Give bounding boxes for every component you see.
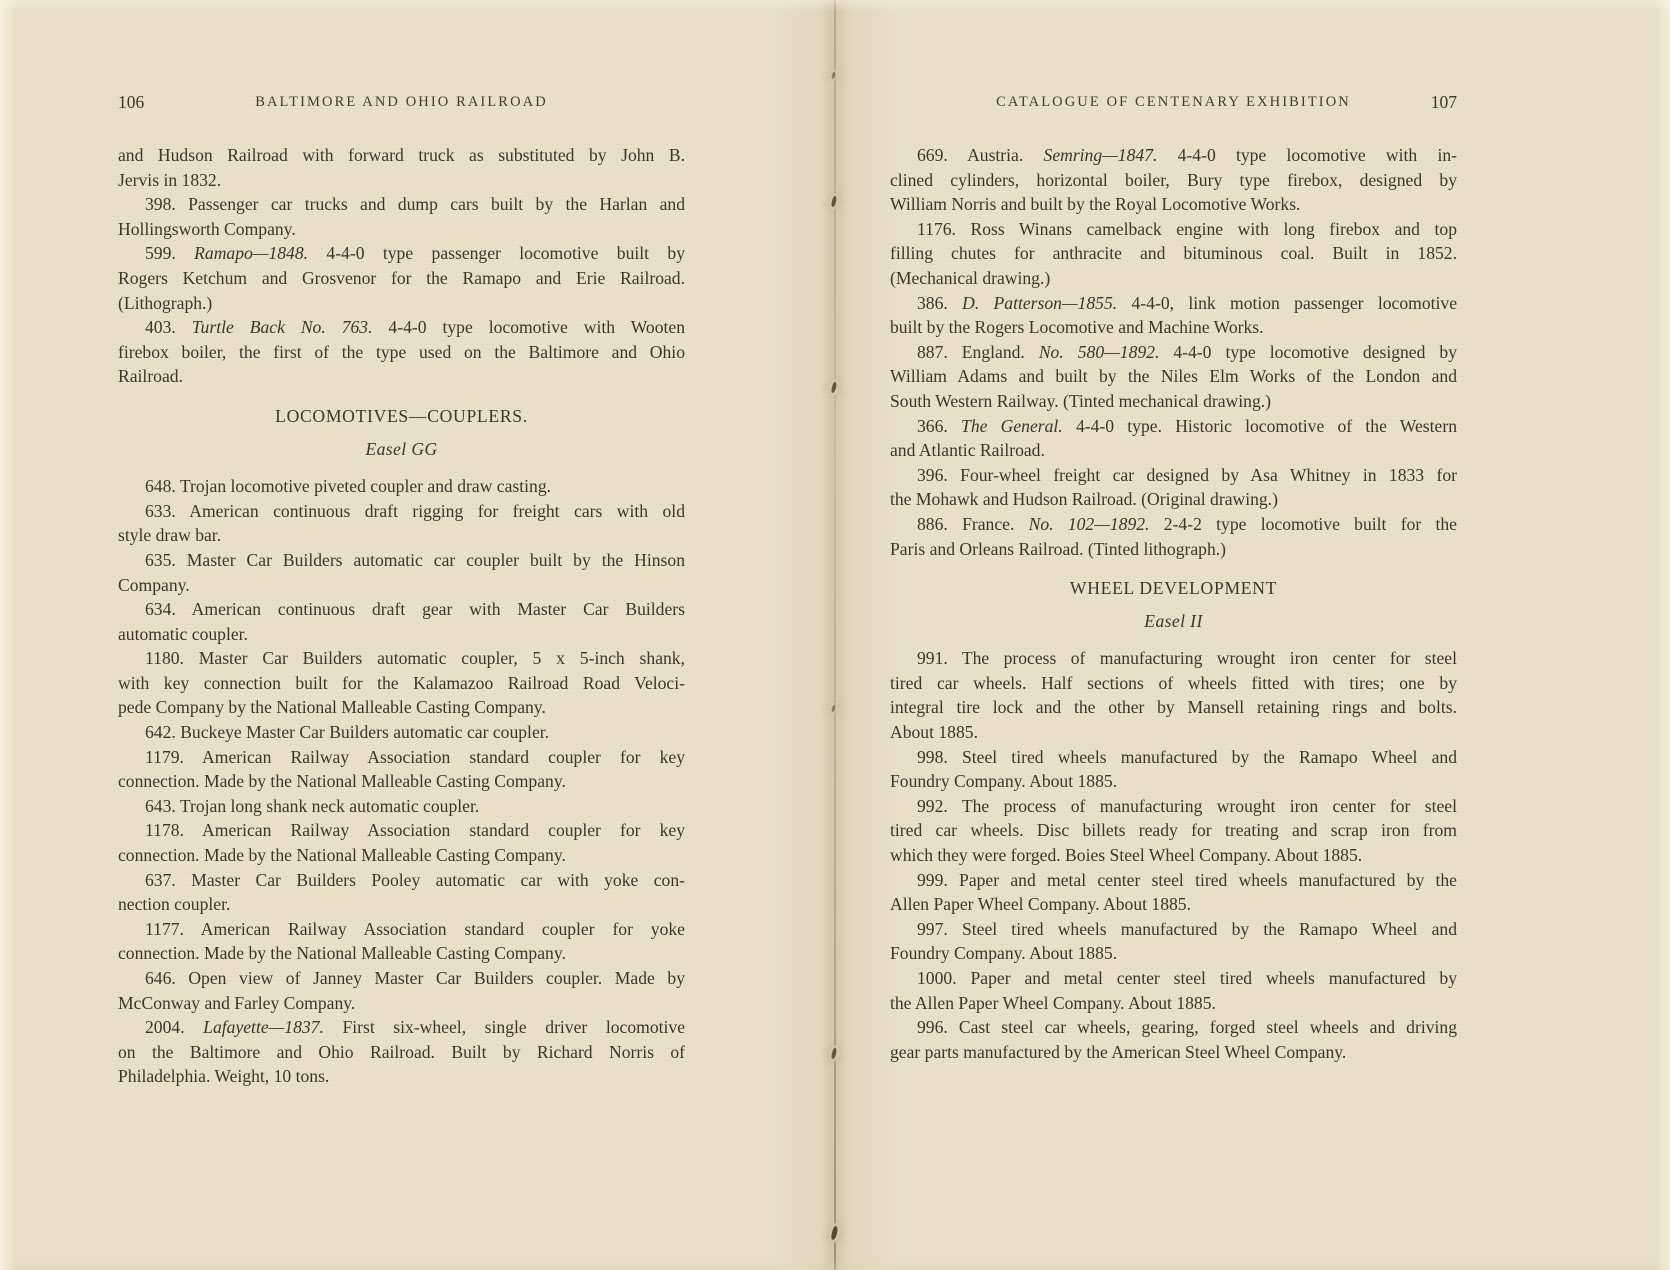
text-segment: 633. American continuous draft rigging f… — [145, 501, 685, 521]
text-segment: Company. — [118, 575, 190, 595]
text-segment: tired car wheels. Disc billets ready for… — [890, 820, 1457, 840]
text-segment: and Atlantic Railroad. — [890, 440, 1045, 460]
text-segment: Paris and Orleans Railroad. (Tinted lith… — [890, 539, 1226, 559]
text-line: Jervis in 1832. — [118, 168, 685, 193]
exhibit-title-italic: The General. — [961, 416, 1063, 436]
text-line: tired car wheels. Disc billets ready for… — [890, 818, 1457, 843]
catalog-entry: 1176. Ross Winans camelback engine with … — [890, 217, 1457, 291]
exhibit-title-italic: Semring—1847. — [1044, 145, 1158, 165]
catalog-entry: and Hudson Railroad with forward truck a… — [118, 143, 685, 192]
text-segment: Rogers Ketchum and Grosvenor for the Ram… — [118, 268, 685, 288]
text-line: 403. Turtle Back No. 763. 4-4-0 type loc… — [118, 315, 685, 340]
catalog-entry: 1179. American Railway Association stand… — [118, 745, 685, 794]
text-segment: 998. Steel tired wheels manufactured by … — [917, 747, 1457, 767]
text-line: (Lithograph.) — [118, 291, 685, 316]
text-line: 386. D. Patterson—1855. 4-4-0, link moti… — [890, 291, 1457, 316]
text-line: 1177. American Railway Association stand… — [118, 917, 685, 942]
catalog-entry: 2004. Lafayette—1837. First six-wheel, s… — [118, 1015, 685, 1089]
text-segment: 648. Trojan locomotive piveted coupler a… — [145, 476, 551, 496]
text-segment: 4-4-0 type locomotive designed by — [1159, 342, 1457, 362]
text-line: 999. Paper and metal center steel tired … — [890, 868, 1457, 893]
text-segment: 2004. — [145, 1017, 203, 1037]
right-page-number: 107 — [1431, 92, 1457, 113]
text-segment: 386. — [917, 293, 962, 313]
text-line: 366. The General. 4-4-0 type. Historic l… — [890, 414, 1457, 439]
catalog-entry: 386. D. Patterson—1855. 4-4-0, link moti… — [890, 291, 1457, 340]
text-segment: 887. England. — [917, 342, 1039, 362]
book-gutter-shadow — [770, 0, 900, 1270]
catalog-entry: 1177. American Railway Association stand… — [118, 917, 685, 966]
catalog-entry: 642. Buckeye Master Car Builders automat… — [118, 720, 685, 745]
left-page: 106 BALTIMORE AND OHIO RAILROAD and Huds… — [118, 92, 685, 1089]
text-segment: Foundry Company. About 1885. — [890, 943, 1117, 963]
text-segment: William Adams and built by the Niles Elm… — [890, 366, 1457, 386]
text-segment: pede Company by the National Malleable C… — [118, 697, 546, 717]
text-line: Company. — [118, 573, 685, 598]
text-segment: 643. Trojan long shank neck automatic co… — [145, 796, 479, 816]
text-line: gear parts manufactured by the American … — [890, 1040, 1457, 1065]
easel-subheading: Easel II — [890, 609, 1457, 634]
text-segment: 1179. American Railway Association stand… — [145, 747, 685, 767]
text-segment: McConway and Farley Company. — [118, 993, 355, 1013]
text-segment: the Allen Paper Wheel Company. About 188… — [890, 993, 1216, 1013]
text-segment: 2-4-2 type locomotive built for the — [1149, 514, 1457, 534]
text-line: 642. Buckeye Master Car Builders automat… — [118, 720, 685, 745]
text-segment: integral tire lock and the other by Mans… — [890, 697, 1457, 717]
text-line: Philadelphia. Weight, 10 tons. — [118, 1064, 685, 1089]
book-spread-scan: { "meta": { "paper_color": "#e9e0c7", "i… — [0, 0, 1670, 1270]
text-line: Foundry Company. About 1885. — [890, 941, 1457, 966]
text-segment: 4-4-0 type. Historic locomotive of the W… — [1063, 416, 1457, 436]
text-line: tired car wheels. Half sections of wheel… — [890, 671, 1457, 696]
text-line: automatic coupler. — [118, 622, 685, 647]
exhibit-title-italic: Ramapo—1848. — [194, 243, 308, 263]
text-segment: nection coupler. — [118, 894, 230, 914]
catalog-entry: 997. Steel tired wheels manufactured by … — [890, 917, 1457, 966]
text-line: William Norris and built by the Royal Lo… — [890, 192, 1457, 217]
text-line: 646. Open view of Janney Master Car Buil… — [118, 966, 685, 991]
text-line: 2004. Lafayette—1837. First six-wheel, s… — [118, 1015, 685, 1040]
text-line: 992. The process of manufacturing wrough… — [890, 794, 1457, 819]
text-line: Allen Paper Wheel Company. About 1885. — [890, 892, 1457, 917]
catalog-entry: 403. Turtle Back No. 763. 4-4-0 type loc… — [118, 315, 685, 389]
text-segment: 1176. Ross Winans camelback engine with … — [917, 219, 1457, 239]
text-line: 398. Passenger car trucks and dump cars … — [118, 192, 685, 217]
text-line: connection. Made by the National Malleab… — [118, 941, 685, 966]
catalog-entry: 599. Ramapo—1848. 4-4-0 type passenger l… — [118, 241, 685, 315]
text-line: which they were forged. Boies Steel Whee… — [890, 843, 1457, 868]
text-segment: on the Baltimore and Ohio Railroad. Buil… — [118, 1042, 685, 1062]
text-segment: filling chutes for anthracite and bitumi… — [890, 243, 1457, 263]
exhibit-title-italic: Lafayette—1837. — [203, 1017, 324, 1037]
exhibit-title-italic: D. Patterson—1855. — [962, 293, 1117, 313]
text-segment: gear parts manufactured by the American … — [890, 1042, 1346, 1062]
right-running-head: CATALOGUE OF CENTENARY EXHIBITION — [890, 94, 1457, 111]
text-segment: 1000. Paper and metal center steel tired… — [917, 968, 1457, 988]
text-line: 396. Four-wheel freight car designed by … — [890, 463, 1457, 488]
text-segment: William Norris and built by the Royal Lo… — [890, 194, 1300, 214]
text-line: South Western Railway. (Tinted mechanica… — [890, 389, 1457, 414]
text-segment: 4-4-0, link motion passenger locomotive — [1117, 293, 1457, 313]
spine-stitch — [830, 1226, 838, 1241]
text-segment: 992. The process of manufacturing wrough… — [917, 796, 1457, 816]
catalog-entry: 1000. Paper and metal center steel tired… — [890, 966, 1457, 1015]
text-segment: tired car wheels. Half sections of wheel… — [890, 673, 1457, 693]
catalog-entry: 637. Master Car Builders Pooley automati… — [118, 868, 685, 917]
text-line: 669. Austria. Semring—1847. 4-4-0 type l… — [890, 143, 1457, 168]
catalog-entry: 999. Paper and metal center steel tired … — [890, 868, 1457, 917]
text-line: 996. Cast steel car wheels, gearing, for… — [890, 1015, 1457, 1040]
spine-stitch — [831, 382, 838, 394]
text-segment: 599. — [145, 243, 194, 263]
text-line: 991. The process of manufacturing wrough… — [890, 646, 1457, 671]
text-segment: with key connection built for the Kalama… — [118, 673, 685, 693]
text-line: and Hudson Railroad with forward truck a… — [118, 143, 685, 168]
text-line: and Atlantic Railroad. — [890, 438, 1457, 463]
catalog-entry: 991. The process of manufacturing wrough… — [890, 646, 1457, 744]
text-segment: 999. Paper and metal center steel tired … — [917, 870, 1457, 890]
easel-subheading: Easel GG — [118, 437, 685, 462]
text-line: 1180. Master Car Builders automatic coup… — [118, 646, 685, 671]
text-segment: Hollingsworth Company. — [118, 219, 296, 239]
text-line: 635. Master Car Builders automatic car c… — [118, 548, 685, 573]
catalog-entry: 996. Cast steel car wheels, gearing, for… — [890, 1015, 1457, 1064]
left-running-head: BALTIMORE AND OHIO RAILROAD — [118, 94, 685, 111]
catalog-entry: 992. The process of manufacturing wrough… — [890, 794, 1457, 868]
right-page-header: CATALOGUE OF CENTENARY EXHIBITION 107 — [890, 92, 1457, 113]
catalog-entry: 887. England. No. 580—1892. 4-4-0 type l… — [890, 340, 1457, 414]
text-line: firebox boiler, the first of the type us… — [118, 340, 685, 365]
text-line: style draw bar. — [118, 523, 685, 548]
text-segment: 642. Buckeye Master Car Builders automat… — [145, 722, 549, 742]
text-line: the Allen Paper Wheel Company. About 188… — [890, 991, 1457, 1016]
text-line: 637. Master Car Builders Pooley automati… — [118, 868, 685, 893]
text-line: Foundry Company. About 1885. — [890, 769, 1457, 794]
catalog-entry: 366. The General. 4-4-0 type. Historic l… — [890, 414, 1457, 463]
text-segment: About 1885. — [890, 722, 978, 742]
text-segment: connection. Made by the National Malleab… — [118, 943, 566, 963]
text-segment: connection. Made by the National Malleab… — [118, 771, 566, 791]
text-line: pede Company by the National Malleable C… — [118, 695, 685, 720]
catalog-entry: 398. Passenger car trucks and dump cars … — [118, 192, 685, 241]
text-line: with key connection built for the Kalama… — [118, 671, 685, 696]
text-segment: 996. Cast steel car wheels, gearing, for… — [917, 1017, 1457, 1037]
text-segment: 1180. Master Car Builders automatic coup… — [145, 648, 685, 668]
text-segment: clined cylinders, horizontal boiler, Bur… — [890, 170, 1457, 190]
catalog-entry: 1180. Master Car Builders automatic coup… — [118, 646, 685, 720]
text-line: 997. Steel tired wheels manufactured by … — [890, 917, 1457, 942]
spine-stitch — [831, 1048, 838, 1060]
text-segment: 4-4-0 type passenger locomotive built by — [308, 243, 685, 263]
text-segment: 997. Steel tired wheels manufactured by … — [917, 919, 1457, 939]
text-segment: 646. Open view of Janney Master Car Buil… — [145, 968, 685, 988]
text-line: McConway and Farley Company. — [118, 991, 685, 1016]
catalog-entry: 1178. American Railway Association stand… — [118, 818, 685, 867]
text-segment: 669. Austria. — [917, 145, 1044, 165]
left-page-header: 106 BALTIMORE AND OHIO RAILROAD — [118, 92, 685, 113]
section-heading: LOCOMOTIVES—COUPLERS. — [118, 404, 685, 429]
text-line: Hollingsworth Company. — [118, 217, 685, 242]
text-segment: 366. — [917, 416, 961, 436]
text-line: 998. Steel tired wheels manufactured by … — [890, 745, 1457, 770]
text-line: Rogers Ketchum and Grosvenor for the Ram… — [118, 266, 685, 291]
catalog-entry: 396. Four-wheel freight car designed by … — [890, 463, 1457, 512]
text-segment: 886. France. — [917, 514, 1029, 534]
exhibit-title-italic: No. 580—1892. — [1039, 342, 1160, 362]
text-segment: built by the Rogers Locomotive and Machi… — [890, 317, 1264, 337]
text-line: 648. Trojan locomotive piveted coupler a… — [118, 474, 685, 499]
right-page: CATALOGUE OF CENTENARY EXHIBITION 107 66… — [890, 92, 1457, 1064]
text-segment: 637. Master Car Builders Pooley automati… — [145, 870, 685, 890]
text-line: 887. England. No. 580—1892. 4-4-0 type l… — [890, 340, 1457, 365]
text-segment: connection. Made by the National Malleab… — [118, 845, 566, 865]
catalog-entry: 646. Open view of Janney Master Car Buil… — [118, 966, 685, 1015]
text-segment: 4-4-0 type locomotive with Wooten — [372, 317, 685, 337]
text-line: 1176. Ross Winans camelback engine with … — [890, 217, 1457, 242]
text-line: the Mohawk and Hudson Railroad. (Origina… — [890, 487, 1457, 512]
text-line: 1179. American Railway Association stand… — [118, 745, 685, 770]
catalog-entry: 648. Trojan locomotive piveted coupler a… — [118, 474, 685, 499]
text-line: 886. France. No. 102—1892. 2-4-2 type lo… — [890, 512, 1457, 537]
text-line: 1000. Paper and metal center steel tired… — [890, 966, 1457, 991]
text-segment: 991. The process of manufacturing wrough… — [917, 648, 1457, 668]
catalog-entry: 998. Steel tired wheels manufactured by … — [890, 745, 1457, 794]
text-line: connection. Made by the National Malleab… — [118, 843, 685, 868]
text-segment: 634. American continuous draft gear with… — [145, 599, 685, 619]
text-segment: 1177. American Railway Association stand… — [145, 919, 685, 939]
catalog-entry: 669. Austria. Semring—1847. 4-4-0 type l… — [890, 143, 1457, 217]
text-line: nection coupler. — [118, 892, 685, 917]
text-segment: (Mechanical drawing.) — [890, 268, 1050, 288]
text-segment: 4-4-0 type locomotive with in- — [1157, 145, 1457, 165]
text-line: William Adams and built by the Niles Elm… — [890, 364, 1457, 389]
catalog-entry: 634. American continuous draft gear with… — [118, 597, 685, 646]
text-line: 643. Trojan long shank neck automatic co… — [118, 794, 685, 819]
spine-stitch — [831, 705, 836, 713]
text-line: 633. American continuous draft rigging f… — [118, 499, 685, 524]
text-segment: Jervis in 1832. — [118, 170, 221, 190]
text-line: 599. Ramapo—1848. 4-4-0 type passenger l… — [118, 241, 685, 266]
catalog-entry: 633. American continuous draft rigging f… — [118, 499, 685, 548]
text-segment: Foundry Company. About 1885. — [890, 771, 1117, 791]
exhibit-title-italic: Turtle Back No. 763. — [192, 317, 373, 337]
catalog-entry: 643. Trojan long shank neck automatic co… — [118, 794, 685, 819]
text-line: clined cylinders, horizontal boiler, Bur… — [890, 168, 1457, 193]
text-line: (Mechanical drawing.) — [890, 266, 1457, 291]
text-segment: 635. Master Car Builders automatic car c… — [145, 550, 685, 570]
text-line: About 1885. — [890, 720, 1457, 745]
text-line: filling chutes for anthracite and bitumi… — [890, 241, 1457, 266]
text-segment: First six-wheel, single driver locomotiv… — [324, 1017, 685, 1037]
text-segment: 398. Passenger car trucks and dump cars … — [145, 194, 685, 214]
text-line: Railroad. — [118, 364, 685, 389]
text-segment: Allen Paper Wheel Company. About 1885. — [890, 894, 1191, 914]
text-segment: Railroad. — [118, 366, 183, 386]
book-fold-line — [834, 0, 836, 1270]
text-line: Paris and Orleans Railroad. (Tinted lith… — [890, 537, 1457, 562]
text-segment: Philadelphia. Weight, 10 tons. — [118, 1066, 329, 1086]
spine-stitch — [831, 72, 836, 80]
text-segment: 396. Four-wheel freight car designed by … — [917, 465, 1457, 485]
text-line: built by the Rogers Locomotive and Machi… — [890, 315, 1457, 340]
left-page-body: and Hudson Railroad with forward truck a… — [118, 143, 685, 1089]
text-line: integral tire lock and the other by Mans… — [890, 695, 1457, 720]
text-segment: 1178. American Railway Association stand… — [145, 820, 685, 840]
catalog-entry: 635. Master Car Builders automatic car c… — [118, 548, 685, 597]
right-page-body: 669. Austria. Semring—1847. 4-4-0 type l… — [890, 143, 1457, 1064]
text-segment: South Western Railway. (Tinted mechanica… — [890, 391, 1271, 411]
text-line: 634. American continuous draft gear with… — [118, 597, 685, 622]
text-segment: style draw bar. — [118, 525, 221, 545]
text-segment: which they were forged. Boies Steel Whee… — [890, 845, 1362, 865]
text-segment: (Lithograph.) — [118, 293, 212, 313]
text-line: 1178. American Railway Association stand… — [118, 818, 685, 843]
text-segment: firebox boiler, the first of the type us… — [118, 342, 685, 362]
text-line: connection. Made by the National Malleab… — [118, 769, 685, 794]
exhibit-title-italic: No. 102—1892. — [1029, 514, 1150, 534]
text-segment: and Hudson Railroad with forward truck a… — [118, 145, 685, 165]
text-segment: 403. — [145, 317, 192, 337]
spine-stitch — [831, 196, 838, 208]
text-segment: the Mohawk and Hudson Railroad. (Origina… — [890, 489, 1278, 509]
section-heading: WHEEL DEVELOPMENT — [890, 576, 1457, 601]
catalog-entry: 886. France. No. 102—1892. 2-4-2 type lo… — [890, 512, 1457, 561]
text-line: on the Baltimore and Ohio Railroad. Buil… — [118, 1040, 685, 1065]
text-segment: automatic coupler. — [118, 624, 248, 644]
